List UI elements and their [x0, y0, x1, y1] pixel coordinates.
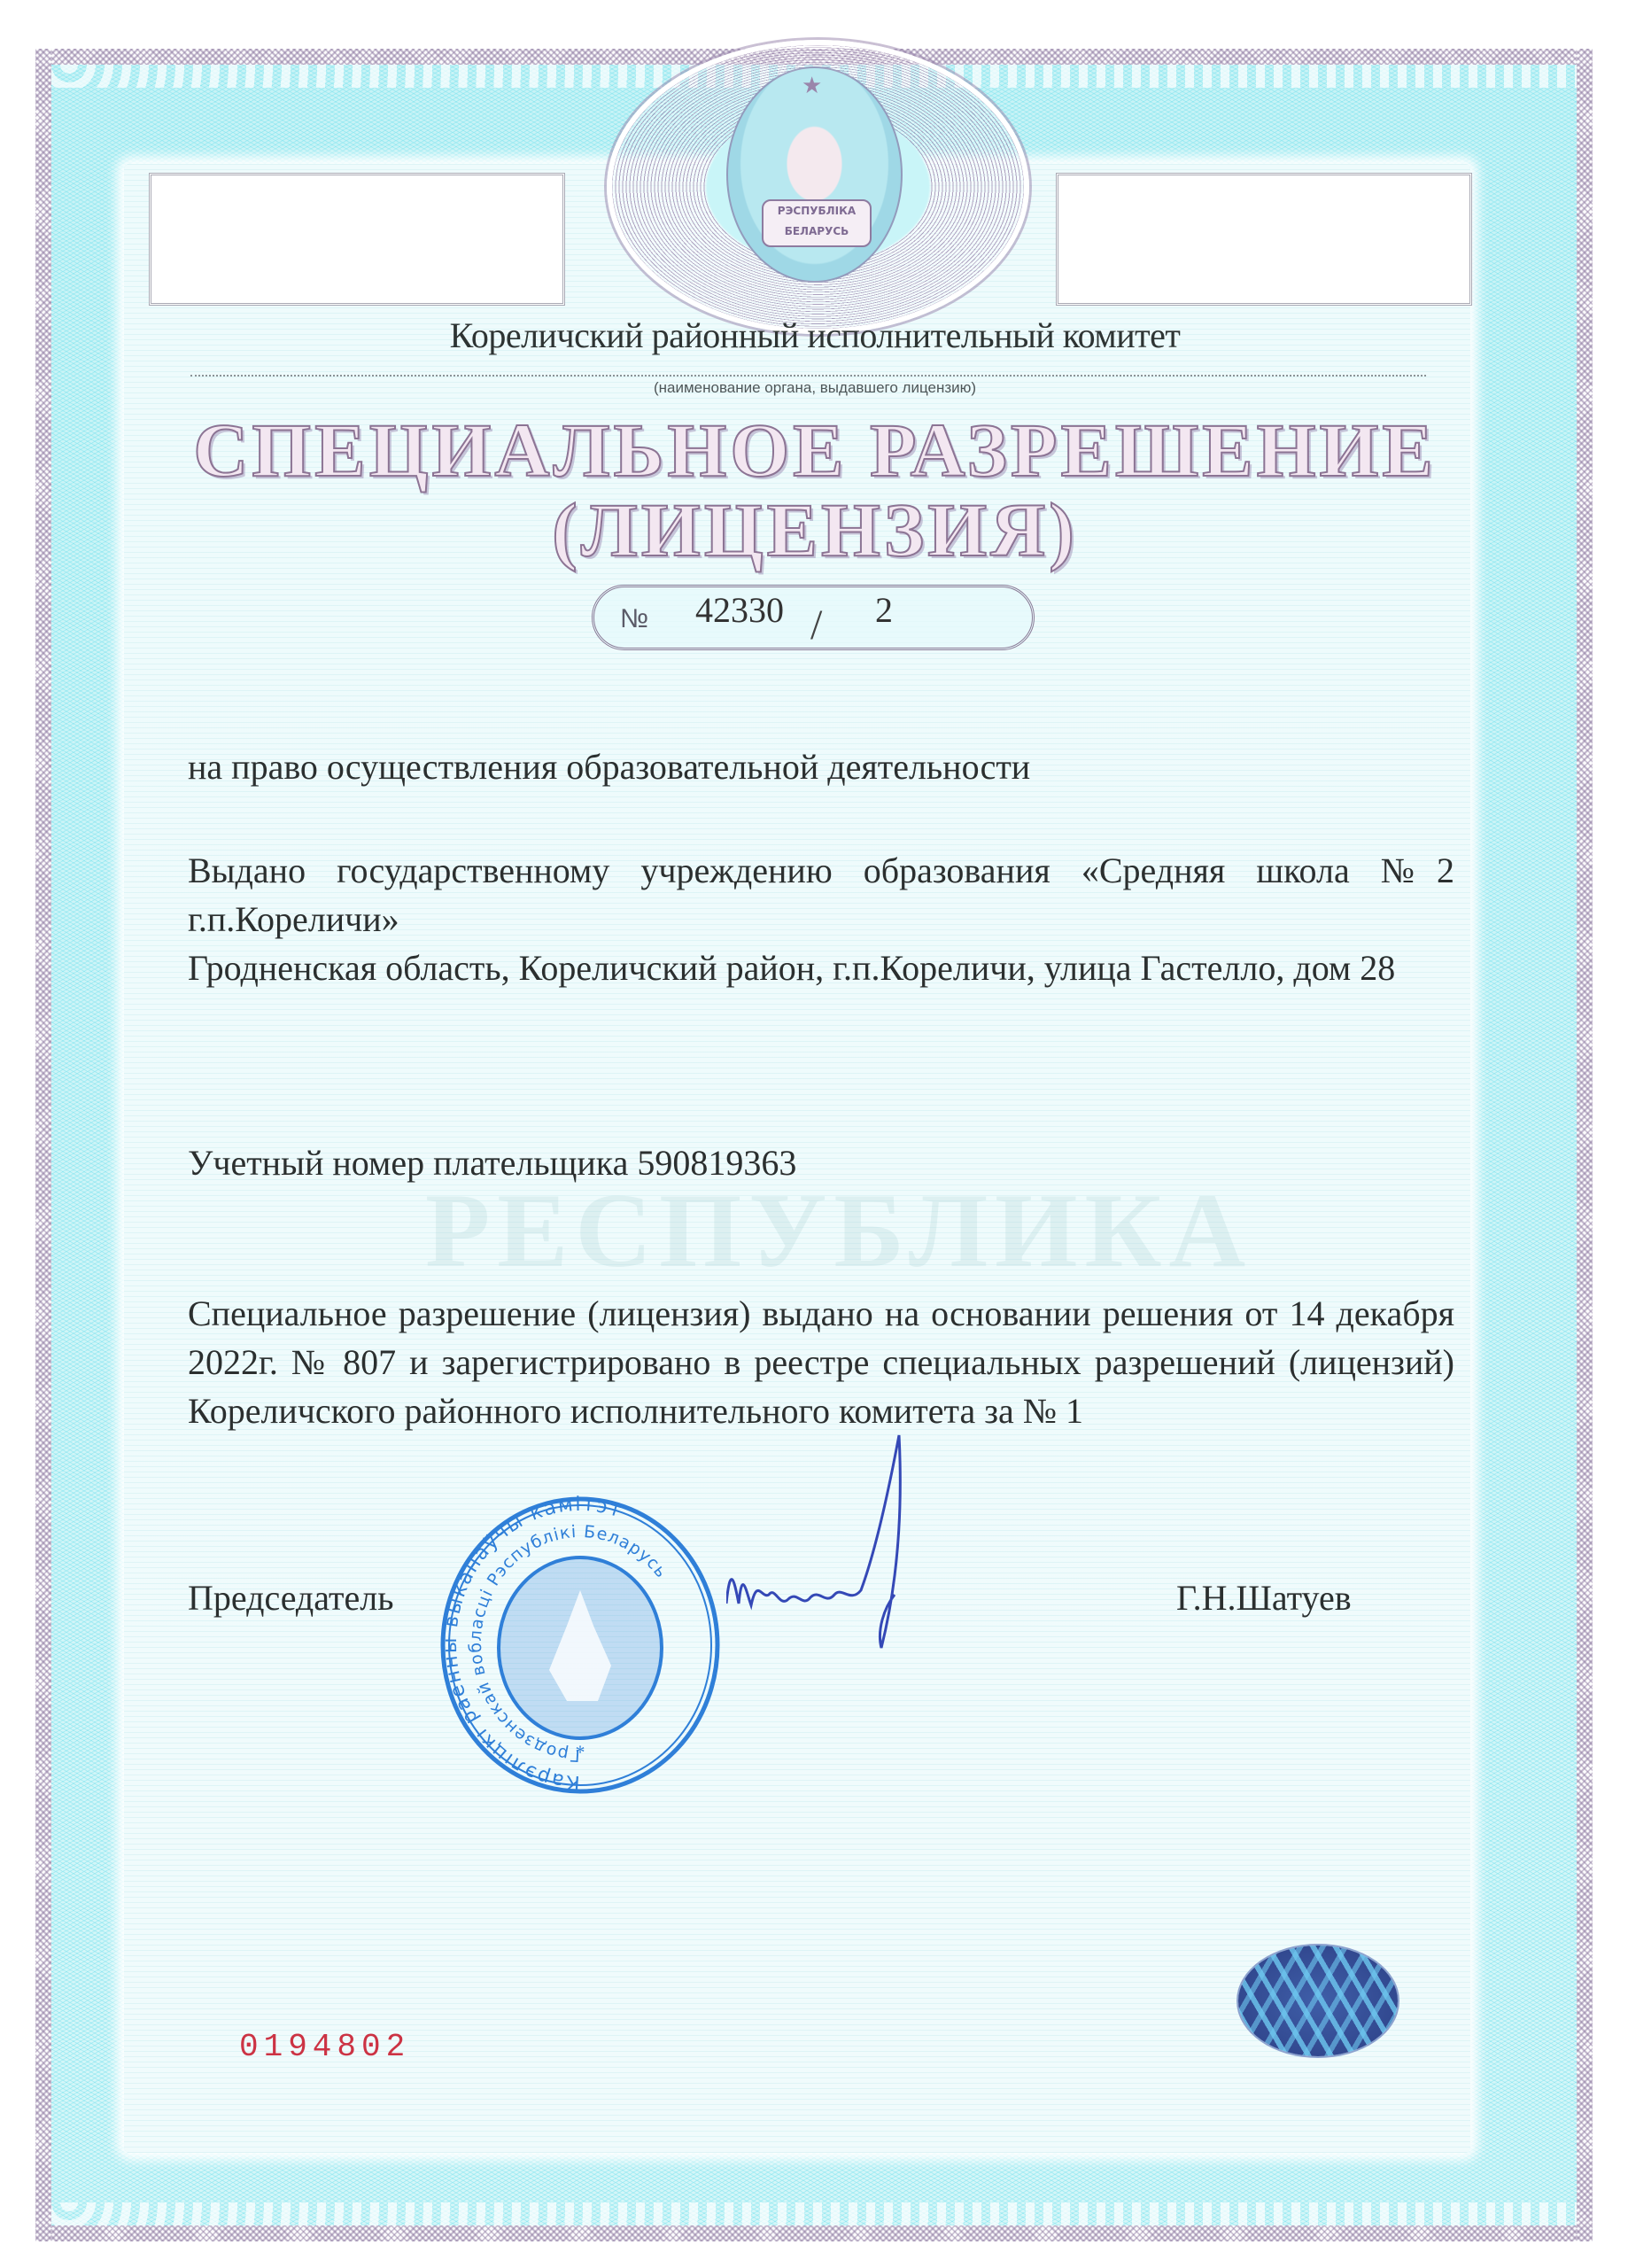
watermark-text: РЕСПУБЛИКА	[425, 1169, 1222, 1292]
license-number-suffix: 2	[875, 589, 893, 631]
official-stamp-icon: Карэліцкі раённы выканаўчы камітэт Гродз…	[434, 1493, 726, 1798]
number-slash: /	[810, 601, 822, 649]
chairman-label: Председатель	[188, 1577, 393, 1619]
issuer-caption: (наименование органа, выдавшего лицензию…	[266, 379, 1364, 397]
serial-number: 0194802	[239, 2029, 410, 2065]
issuance-basis: Специальное разрешение (лицензия) выдано…	[188, 1289, 1454, 1435]
document-title: СПЕЦИАЛЬНОЕ РАЗРЕШЕНИЕ	[177, 406, 1453, 494]
star-icon: ★	[802, 73, 822, 99]
document-subtitle: (ЛИЦЕНЗИЯ)	[177, 485, 1453, 574]
licensee: Выдано государственному учреждению образ…	[188, 846, 1454, 944]
blank-field-right	[1056, 173, 1472, 306]
license-number: 42330	[695, 589, 784, 631]
issuer-underline	[190, 375, 1426, 377]
blank-field-left	[149, 173, 565, 306]
signature-icon	[726, 1417, 992, 1666]
licensee-address: Гродненская область, Кореличский район, …	[188, 944, 1454, 992]
number-sign: №	[620, 604, 648, 634]
emblem-ribbon-line1: РЭСПУБЛІКА	[764, 201, 870, 221]
activity-type: на право осуществления образовательной д…	[188, 742, 1454, 791]
emblem-ribbon-line2: БЕЛАРУСЬ	[764, 221, 870, 242]
issuer-name: Кореличский районный исполнительный коми…	[266, 315, 1364, 356]
wavy-bottom-edge	[51, 2202, 1577, 2225]
chairman-name: Г.Н.Шатуев	[1176, 1577, 1352, 1619]
svg-text:*: *	[576, 1741, 585, 1763]
taxpayer-number: Учетный номер плательщика 590819363	[188, 1138, 1454, 1187]
emblem-ribbon: РЭСПУБЛІКА БЕЛАРУСЬ	[762, 199, 872, 247]
hologram-icon	[1238, 1946, 1398, 2056]
